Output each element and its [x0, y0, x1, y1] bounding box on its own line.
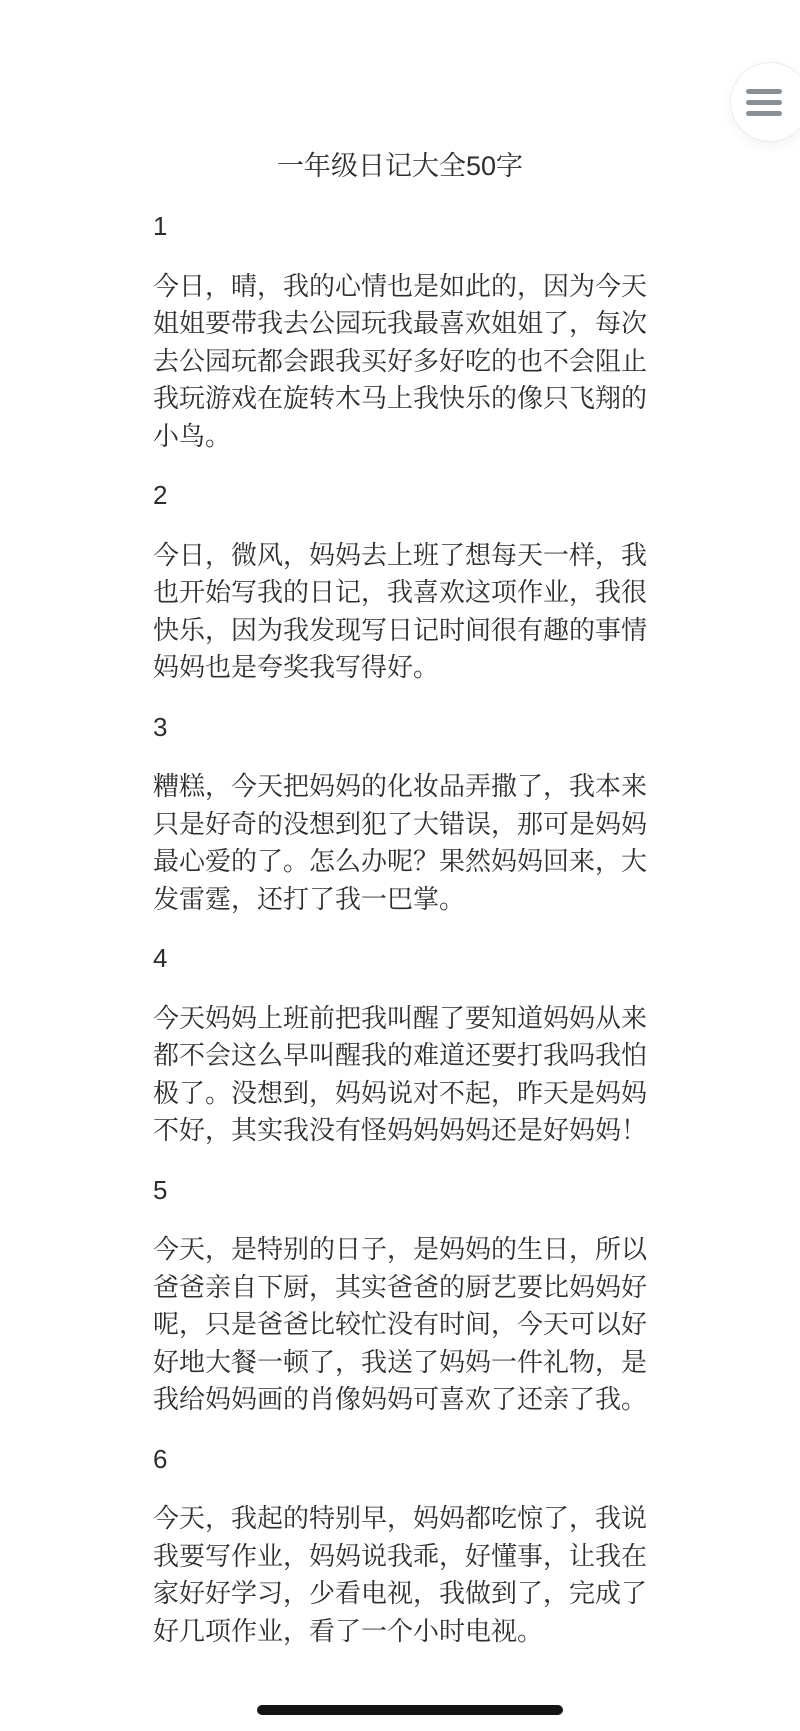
diary-entry: 糟糕，今天把妈妈的化妆品弄撒了，我本来只是好奇的没想到犯了大错误，那可是妈妈最心…: [153, 768, 647, 918]
diary-entry: 今天，我起的特别早，妈妈都吃惊了，我说我要写作业，妈妈说我乖，好懂事，让我在家好…: [153, 1500, 647, 1650]
section-number: 1: [153, 208, 647, 246]
diary-entry: 今天，是特别的日子，是妈妈的生日，所以爸爸亲自下厨，其实爸爸的厨艺要比妈妈好呢，…: [153, 1231, 647, 1419]
underline-marker-annotation: [257, 1705, 563, 1715]
section-number: 4: [153, 940, 647, 978]
section-number: 2: [153, 477, 647, 515]
section-number: 5: [153, 1172, 647, 1210]
article-content: 一年级日记大全50字 1 今日，晴，我的心情也是如此的，因为今天姐姐要带我去公园…: [153, 146, 647, 1650]
diary-entry: 今日，微风，妈妈去上班了想每天一样，我也开始写我的日记，我喜欢这项作业，我很快乐…: [153, 537, 647, 687]
menu-bar: [746, 100, 782, 105]
hamburger-menu-icon: [746, 89, 782, 116]
diary-entry: 今天妈妈上班前把我叫醒了要知道妈妈从来都不会这么早叫醒我的难道还要打我吗我怕极了…: [153, 1000, 647, 1150]
menu-button[interactable]: [730, 62, 800, 142]
section-number: 3: [153, 709, 647, 747]
article-page: 一年级日记大全50字 1 今日，晴，我的心情也是如此的，因为今天姐姐要带我去公园…: [0, 0, 800, 1731]
diary-entry: 今日，晴，我的心情也是如此的，因为今天姐姐要带我去公园玩我最喜欢姐姐了，每次去公…: [153, 268, 647, 456]
menu-bar: [746, 111, 782, 116]
menu-bar: [746, 89, 782, 94]
page-title: 一年级日记大全50字: [153, 146, 647, 186]
section-number: 6: [153, 1441, 647, 1479]
